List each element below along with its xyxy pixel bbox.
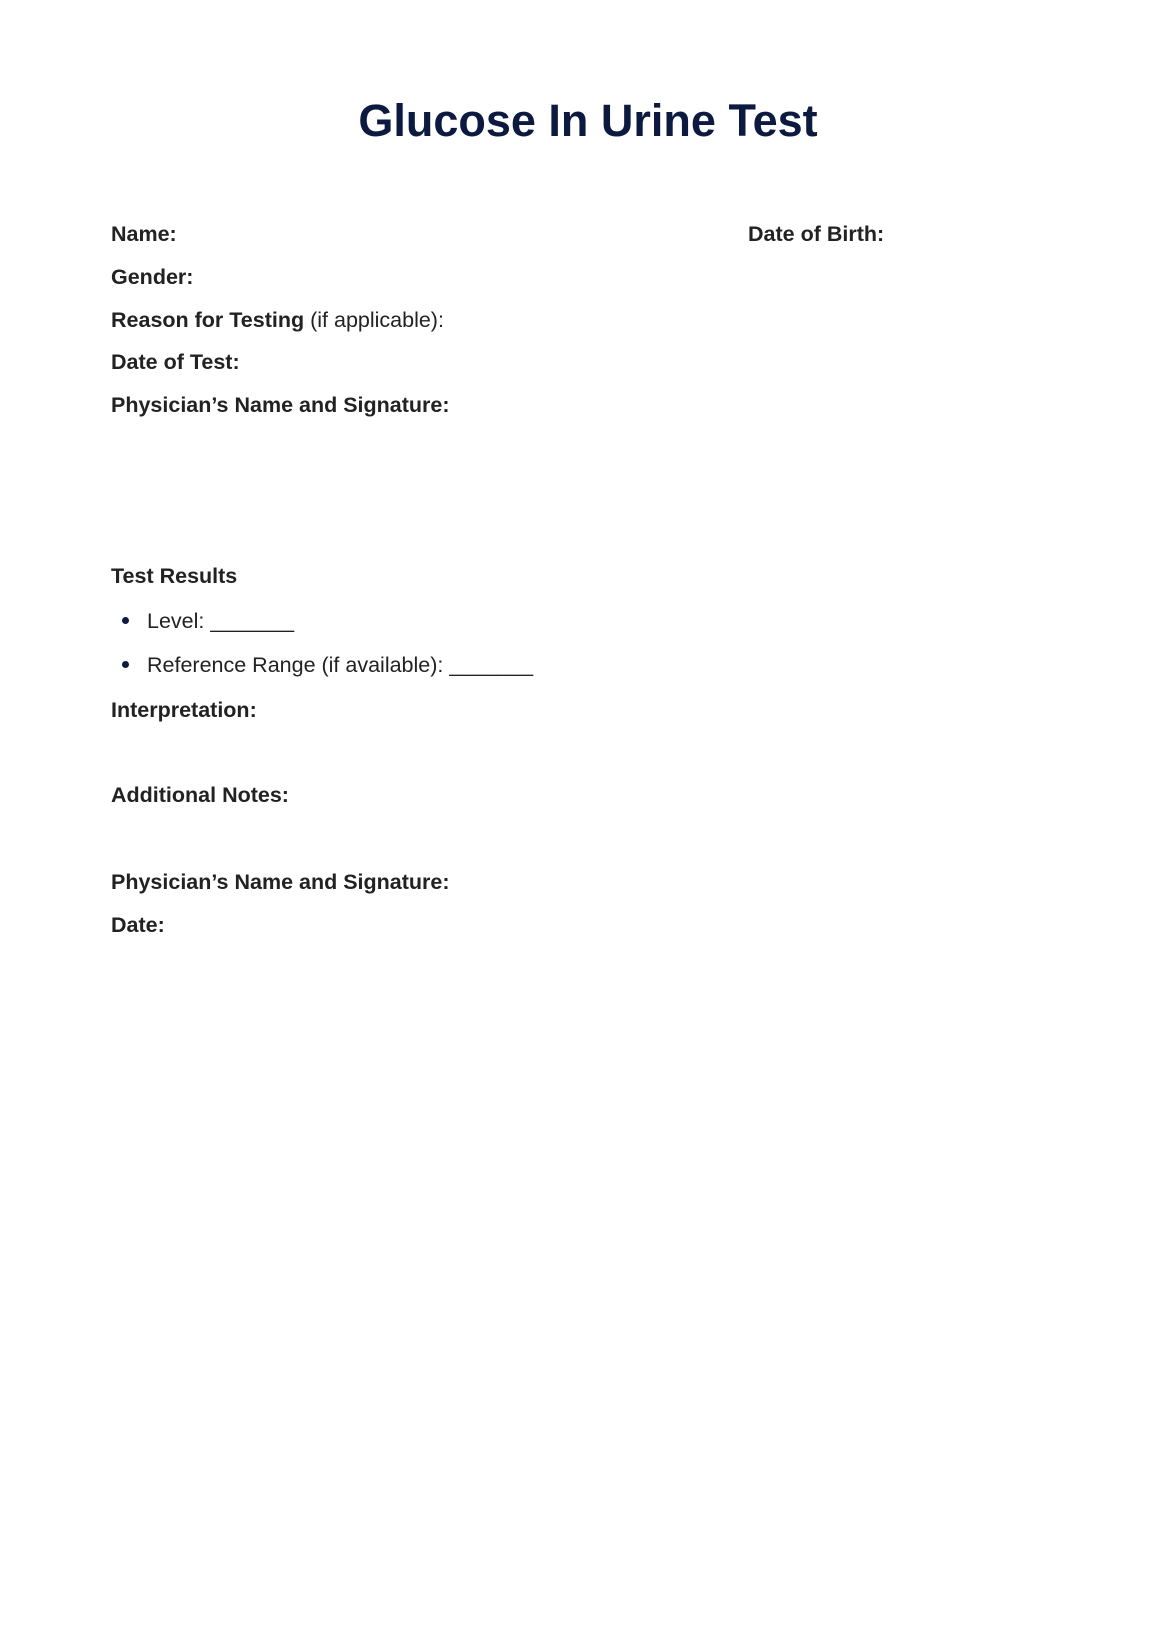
reason-for-testing-label: Reason for Testing (if applicable):	[111, 307, 444, 333]
date-of-birth-label: Date of Birth:	[748, 221, 884, 247]
reason-for-testing-bold: Reason for Testing	[111, 308, 304, 332]
name-label: Name:	[111, 221, 177, 247]
test-results-heading: Test Results	[111, 563, 237, 589]
reason-for-testing-suffix: (if applicable):	[304, 308, 444, 332]
physician-signature-label: Physician’s Name and Signature:	[111, 392, 450, 418]
date-of-test-label: Date of Test:	[111, 349, 240, 375]
footer-date-label: Date:	[111, 912, 165, 938]
list-item: Reference Range (if available): _______	[122, 652, 533, 678]
reference-range-label: Reference Range (if available): _______	[147, 653, 533, 677]
gender-label: Gender:	[111, 264, 193, 290]
bullet-icon	[122, 661, 129, 668]
footer-physician-signature-label: Physician’s Name and Signature:	[111, 869, 450, 895]
list-item: Level: _______	[122, 608, 294, 634]
level-label: Level: _______	[147, 609, 294, 633]
additional-notes-label: Additional Notes:	[111, 782, 289, 808]
interpretation-label: Interpretation:	[111, 697, 257, 723]
document-title: Glucose In Urine Test	[0, 96, 1176, 146]
bullet-icon	[122, 617, 129, 624]
